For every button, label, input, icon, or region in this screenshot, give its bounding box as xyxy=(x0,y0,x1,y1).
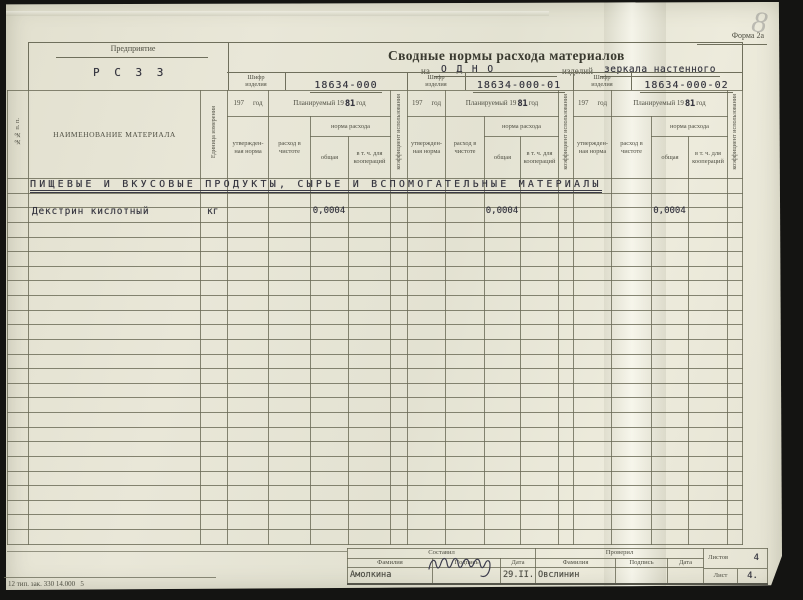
checked-surname-value: Овслинин xyxy=(536,568,616,584)
s2-norm-total-header: общая xyxy=(485,137,521,179)
s1-coefficient-header: коэффициент использования xyxy=(391,91,408,179)
s2-net-consumption-header: расход в чистоте xyxy=(446,117,485,179)
form-number-underline xyxy=(697,44,767,45)
sheets-box: Листов 4 Лист 4. xyxy=(704,549,768,585)
form-title: Сводные нормы расхода материалов xyxy=(388,48,625,64)
category-header-entry: ПИЩЕВЫЕ И ВКУСОВЫЕ ПРОДУКТЫ, СЫРЬЕ И ВСП… xyxy=(30,179,602,193)
s1-prev-year-header: 197год xyxy=(228,91,269,117)
header-left-rule xyxy=(28,42,29,90)
header-top-rule xyxy=(28,42,742,43)
materials-table: №№ п. п. НАИМЕНОВАНИЕ МАТЕРИАЛА Единица … xyxy=(7,90,743,545)
s2-norm-group-header: норма расхода xyxy=(485,117,559,137)
scanned-form-page: Форма 2а 8 Предприятие Р С 3 3 Сводные н… xyxy=(0,0,803,600)
checked-signature-label: Подпись xyxy=(616,558,668,568)
s1-norm-group-header: норма расхода xyxy=(311,117,391,137)
checked-date-cell xyxy=(668,568,704,584)
signature-block: Составил Проверил Листов 4 Лист 4. Фамил… xyxy=(347,548,768,585)
s2-approved-norm-header: утвержден-ная норма xyxy=(408,117,446,179)
s3-prev-year-header: 197год xyxy=(574,91,612,117)
s3-norm-total-header: общая xyxy=(652,137,689,179)
s1-norm-coop-header: в т. ч. для коопераций xyxy=(349,137,391,179)
paper-top-crease xyxy=(6,11,549,16)
enterprise-underline xyxy=(56,57,208,58)
s3-approved-norm-header: утвержден-ная норма xyxy=(574,117,612,179)
unit-entry: кг xyxy=(207,206,218,217)
checked-label: Проверил xyxy=(536,549,704,559)
s2-planned-year-header: Планируемый 1981год xyxy=(446,91,559,117)
s1-net-consumption-header: расход в чистоте xyxy=(269,117,311,179)
enterprise-value: Р С 3 3 xyxy=(93,66,167,79)
sheet-label: Лист xyxy=(704,569,738,583)
col-num-header: №№ п. п. xyxy=(8,91,29,179)
materials-table-body xyxy=(8,179,743,545)
s3-coefficient-header: коэффициент использования xyxy=(728,91,743,179)
col-material-header: НАИМЕНОВАНИЕ МАТЕРИАЛА xyxy=(29,91,201,179)
compiled-surname-value: Амолкина xyxy=(348,568,433,584)
enterprise-label: Предприятие xyxy=(58,44,208,53)
s3-norm-coop-header: в т. ч. для коопераций xyxy=(689,137,728,179)
s3-norm-group-header: норма расхода xyxy=(652,117,728,137)
s3-planned-year-header: Планируемый 1981год xyxy=(612,91,728,117)
checked-surname-label: Фамилия xyxy=(536,558,616,568)
col-unit-header: Единица измерения xyxy=(201,91,228,179)
footer-rule xyxy=(4,577,216,578)
checked-date-label: Дата xyxy=(668,558,704,568)
s1-planned-year-header: Планируемый 1981год xyxy=(269,91,391,117)
table-bottom-rule xyxy=(7,551,347,552)
material-entry: Декстрин кислотный xyxy=(32,206,149,217)
s1-approved-norm-header: утвержден-ная норма xyxy=(228,117,269,179)
checked-signature-cell xyxy=(616,568,668,584)
value-entry-s1: 0,0004 xyxy=(310,206,348,216)
print-shop-footer: 12 тип. зак. 330 14.000 5 xyxy=(8,580,84,588)
header-right-rule xyxy=(742,42,743,90)
value-entry-s2: 0,0004 xyxy=(484,206,520,216)
compiled-surname-label: Фамилия xyxy=(348,558,433,568)
code-label-3: Шифр изделия xyxy=(573,74,631,89)
value-entry-s3: 0,0004 xyxy=(651,206,688,216)
sheet-value: 4. xyxy=(738,569,767,583)
code-row-top-rule xyxy=(227,72,742,73)
sheets-value: 4 xyxy=(754,554,767,563)
code-label-2: Шифр изделия xyxy=(407,74,465,89)
handwritten-signature xyxy=(425,552,525,580)
sheets-label: Листов xyxy=(704,555,728,562)
s2-norm-coop-header: в т. ч. для коопераций xyxy=(521,137,559,179)
s2-prev-year-header: 197год xyxy=(408,91,446,117)
s1-norm-total-header: общая xyxy=(311,137,349,179)
s3-net-consumption-header: расход в чистоте xyxy=(612,117,652,179)
s2-coefficient-header: коэффициент использования xyxy=(559,91,574,179)
code-label-1: Шифр изделия xyxy=(227,74,285,89)
